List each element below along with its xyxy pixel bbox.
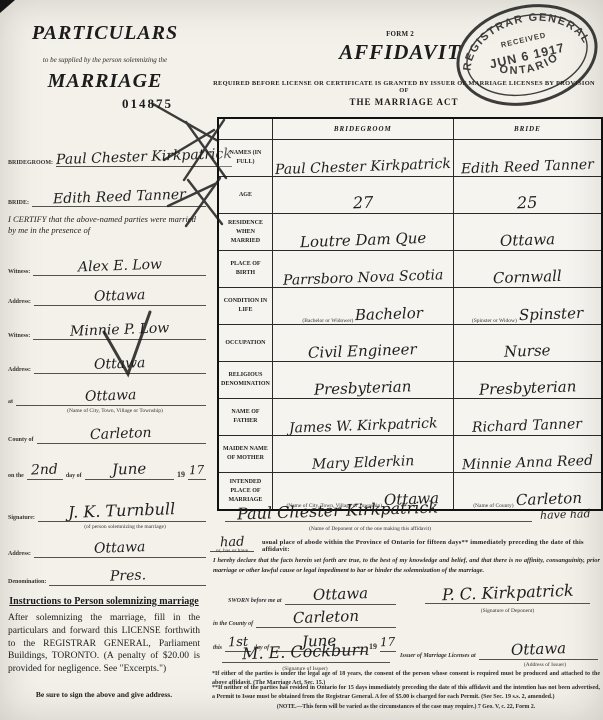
sworn-county-line: Carleton (256, 609, 396, 628)
bridegroom-line: Paul Chester Kirkpatrick (56, 148, 232, 167)
row-label: PLACE of BIRTH (218, 251, 272, 288)
address3-value: Ottawa (94, 541, 146, 555)
bride-cell: 25 (453, 177, 602, 214)
solemnizer-signature: J. K. Turnbull (68, 502, 176, 520)
field-marriage-date: on the 2nd day of June 19 17 (8, 452, 206, 480)
groom-mother-value: Mary Elderkin (311, 455, 414, 471)
bride-cell: Presbyterian (453, 362, 602, 399)
witness1-value: Alex E. Low (77, 259, 161, 275)
bride-value: Edith Reed Tanner (52, 189, 185, 206)
year-value: 17 (189, 465, 205, 476)
issuer-signature-value: M. E. Cockburn (242, 643, 370, 662)
bride-line: Edith Reed Tanner (32, 188, 206, 207)
footnote-note: (NOTE.—This form will be varied as the c… (212, 703, 600, 712)
instructions-title: Instructions to Person solemnizing marri… (8, 596, 200, 607)
groom-cell: 27 (272, 177, 453, 214)
row-label: NAMES (in full) (218, 140, 272, 177)
month-value: June (112, 462, 147, 477)
bride-religion-value: Presbyterian (478, 380, 576, 397)
year-line: 17 (188, 461, 206, 480)
issuer-place-line: Ottawa (479, 641, 598, 660)
table-row: OCCUPATION Civil Engineer Nurse (218, 325, 602, 362)
scan-corner-artifact (0, 0, 15, 13)
field-bridegroom: BRIDEGROOM: Paul Chester Kirkpatrick (8, 141, 206, 167)
deponent-name-line: Paul Chester Kirkpatrick (225, 503, 532, 522)
certify-statement: I CERTIFY that the above-named parties w… (8, 214, 200, 237)
county-label: County of (8, 437, 34, 444)
month-line: June (85, 461, 174, 480)
day-value: 2nd (31, 464, 58, 478)
county-line: Carleton (37, 425, 206, 444)
issuer-place-value: Ottawa (511, 642, 567, 657)
row-label: NAME of FATHER (218, 399, 272, 436)
scanned-affidavit-page: PARTICULARS to be supplied by the person… (0, 0, 603, 720)
particulars-title: PARTICULARS (10, 22, 200, 45)
bride-birthplace-value: Cornwall (493, 270, 562, 286)
address2-label: Address: (8, 367, 31, 374)
sworn-label: SWORN before me at (228, 598, 282, 605)
at-label: at (8, 399, 13, 406)
groom-cell: Civil Engineer (272, 325, 453, 362)
sworn-place-field: SWORN before me at Ottawa (228, 583, 396, 605)
row-label: RELIGIOUS DENOMINATION (218, 362, 272, 399)
issuer-label: Issuer of Marriage Licenses at (400, 653, 476, 660)
field-witness-1: Witness: Alex E. Low (8, 250, 206, 276)
groom-age-value: 27 (352, 196, 373, 211)
table-row: MAIDEN NAME of MOTHER Mary Elderkin Minn… (218, 436, 602, 473)
groom-names-value: Paul Chester Kirkpatrick (275, 158, 451, 177)
groom-residence-value: Loutre Dam Que (299, 232, 426, 250)
deponent-name-value: Paul Chester Kirkpatrick (237, 500, 438, 521)
sworn-county-value: Carleton (293, 610, 359, 626)
address1-line: Ottawa (34, 287, 206, 306)
groom-condition-sub: (Bachelor or Widower) (302, 318, 353, 324)
witness2-line: Minnie P. Low (33, 321, 206, 340)
groom-condition-value: Bachelor (355, 307, 423, 323)
groom-cell: Presbyterian (272, 362, 453, 399)
field-marriage-place: at Ottawa (8, 380, 206, 406)
deponent-had-sub: or, has or have (210, 548, 254, 554)
affidavit-table: BRIDEGROOM BRIDE NAMES (in full) Paul Ch… (217, 117, 603, 511)
groom-cell: Loutre Dam Que (272, 214, 453, 251)
bride-names-value: Edith Reed Tanner (461, 159, 594, 176)
address3-line: Ottawa (34, 539, 206, 558)
bride-column-header: BRIDE (453, 118, 602, 140)
sworn-this-label: this (213, 645, 222, 652)
sworn-place-value: Ottawa (312, 587, 368, 602)
field-address-3: Address: Ottawa (8, 532, 206, 558)
field-county: County of Carleton (8, 418, 206, 444)
abode-statement: usual place of abode within the Province… (262, 539, 600, 553)
field-denomination: Denomination: Pres. (8, 560, 206, 586)
year-prefix: 19 (177, 470, 185, 480)
table-row: NAME of FATHER James W. Kirkpatrick Rich… (218, 399, 602, 436)
field-witness-2: Witness: Minnie P. Low (8, 314, 206, 340)
groom-father-value: James W. Kirkpatrick (288, 417, 437, 435)
signature-line: J. K. Turnbull (38, 503, 206, 522)
groom-birthplace-value: Parrsboro Nova Scotia (282, 269, 443, 287)
signature-label: Signature: (8, 515, 35, 522)
at-value: Ottawa (85, 389, 137, 403)
instructions-body: After solemnizing the marriage, fill in … (8, 612, 200, 676)
groom-cell: Mary Elderkin (272, 436, 453, 473)
row-label: AGE (218, 177, 272, 214)
registrar-general-stamp: REGISTRAR GENERAL RECEIVED JUN 6 1917 ON… (452, 0, 602, 110)
table-row: NAMES (in full) Paul Chester Kirkpatrick… (218, 140, 602, 177)
table-row: CONDITION in LIFE (Bachelor or Widower)B… (218, 288, 602, 325)
bride-cell: Nurse (453, 325, 602, 362)
table-row: PLACE of BIRTH Parrsboro Nova Scotia Cor… (218, 251, 602, 288)
groom-cell: Paul Chester Kirkpatrick (272, 140, 453, 177)
declaration-statement: I hereby declare that the facts herein s… (213, 556, 600, 575)
bride-father-value: Richard Tanner (472, 418, 582, 434)
address1-label: Address: (8, 299, 31, 306)
denomination-value: Pres. (109, 569, 145, 583)
table-row: RESIDENCE when MARRIED Loutre Dam Que Ot… (218, 214, 602, 251)
denomination-label: Denomination: (8, 579, 46, 586)
bride-condition-value: Spinster (519, 307, 584, 323)
issuer-address-sub: (Address of Issuer) (495, 662, 595, 668)
serial-number: 014875 (122, 96, 173, 112)
bride-occupation-value: Nurse (504, 344, 551, 359)
deponent-signature-sub: (Signature of Deponent) (445, 608, 570, 614)
bride-label: BRIDE: (8, 200, 29, 207)
form-number: FORM 2 (330, 30, 470, 38)
groom-cell: (Bachelor or Widower)Bachelor (272, 288, 453, 325)
groom-cell: James W. Kirkpatrick (272, 399, 453, 436)
sworn-county-label: in the County of (213, 621, 253, 628)
field-bride: BRIDE: Edith Reed Tanner (8, 181, 206, 207)
witness2-value: Minnie P. Low (70, 322, 170, 338)
at-sub-label: (Name of City, Town, Village or Township… (30, 408, 200, 414)
deponent-signature-line: P. C. Kirkpatrick (425, 585, 590, 604)
denomination-line: Pres. (49, 567, 206, 586)
deponent-right-fragment: have had (540, 509, 591, 521)
bride-cell: (Spinster or Widow)Spinster (453, 288, 602, 325)
bride-cell: Edith Reed Tanner (453, 140, 602, 177)
bride-cell: Cornwall (453, 251, 602, 288)
deponent-name-sub: (Name of Deponent or of the one making t… (255, 526, 485, 532)
field-address-2: Address: Ottawa (8, 348, 206, 374)
deponent-signature-value: P. C. Kirkpatrick (441, 584, 573, 603)
signature-sub-label: (of person solemnizing the marriage) (50, 524, 200, 530)
witness1-line: Alex E. Low (33, 257, 206, 276)
row-label: MAIDEN NAME of MOTHER (218, 436, 272, 473)
on-the-label: on the (8, 473, 24, 480)
bridegroom-label: BRIDEGROOM: (8, 160, 53, 167)
corner-cell (218, 118, 272, 140)
issuer-place-field: Issuer of Marriage Licenses at Ottawa (400, 636, 598, 660)
bride-condition-sub: (Spinster or Widow) (472, 318, 517, 324)
address2-line: Ottawa (34, 355, 206, 374)
table-header-row: BRIDEGROOM BRIDE (218, 118, 602, 140)
groom-occupation-value: Civil Engineer (308, 343, 417, 360)
day-of-label: day of (66, 473, 82, 480)
footnote-residence: **If neither of the parties has resided … (212, 684, 600, 702)
address3-label: Address: (8, 551, 31, 558)
instructions-note: Be sure to sign the above and give addre… (8, 690, 200, 699)
sworn-place-line: Ottawa (285, 586, 397, 605)
bridegroom-column-header: BRIDEGROOM (272, 118, 453, 140)
bride-cell: Richard Tanner (453, 399, 602, 436)
field-address-1: Address: Ottawa (8, 282, 206, 306)
bride-age-value: 25 (517, 196, 538, 211)
field-signature: Signature: J. K. Turnbull (8, 492, 206, 522)
particulars-subtitle: to be supplied by the person solemnizing… (10, 56, 200, 64)
table-row: AGE 27 25 (218, 177, 602, 214)
day-line: 2nd (27, 461, 63, 480)
bride-cell: Ottawa (453, 214, 602, 251)
witness1-label: Witness: (8, 269, 30, 276)
groom-cell: Parrsboro Nova Scotia (272, 251, 453, 288)
groom-religion-value: Presbyterian (314, 380, 412, 397)
address1-value: Ottawa (94, 289, 146, 303)
row-label: OCCUPATION (218, 325, 272, 362)
issuer-signature-line: M. E. Cockburn (222, 644, 390, 663)
bride-residence-value: Ottawa (500, 233, 556, 248)
at-line: Ottawa (16, 387, 206, 406)
bride-cell: Minnie Anna Reed (453, 436, 602, 473)
county-value: Carleton (90, 427, 152, 442)
marriage-title: MARRIAGE (10, 70, 200, 93)
row-label: CONDITION in LIFE (218, 288, 272, 325)
address2-value: Ottawa (94, 357, 146, 371)
row-label: RESIDENCE when MARRIED (218, 214, 272, 251)
sworn-county-field: in the County of Carleton (213, 606, 396, 628)
table-row: RELIGIOUS DENOMINATION Presbyterian Pres… (218, 362, 602, 399)
bride-mother-value: Minnie Anna Reed (462, 455, 593, 472)
bridegroom-value: Paul Chester Kirkpatrick (56, 148, 232, 167)
witness2-label: Witness: (8, 333, 30, 340)
affidavit-title: AFFIDAVIT (330, 40, 470, 65)
